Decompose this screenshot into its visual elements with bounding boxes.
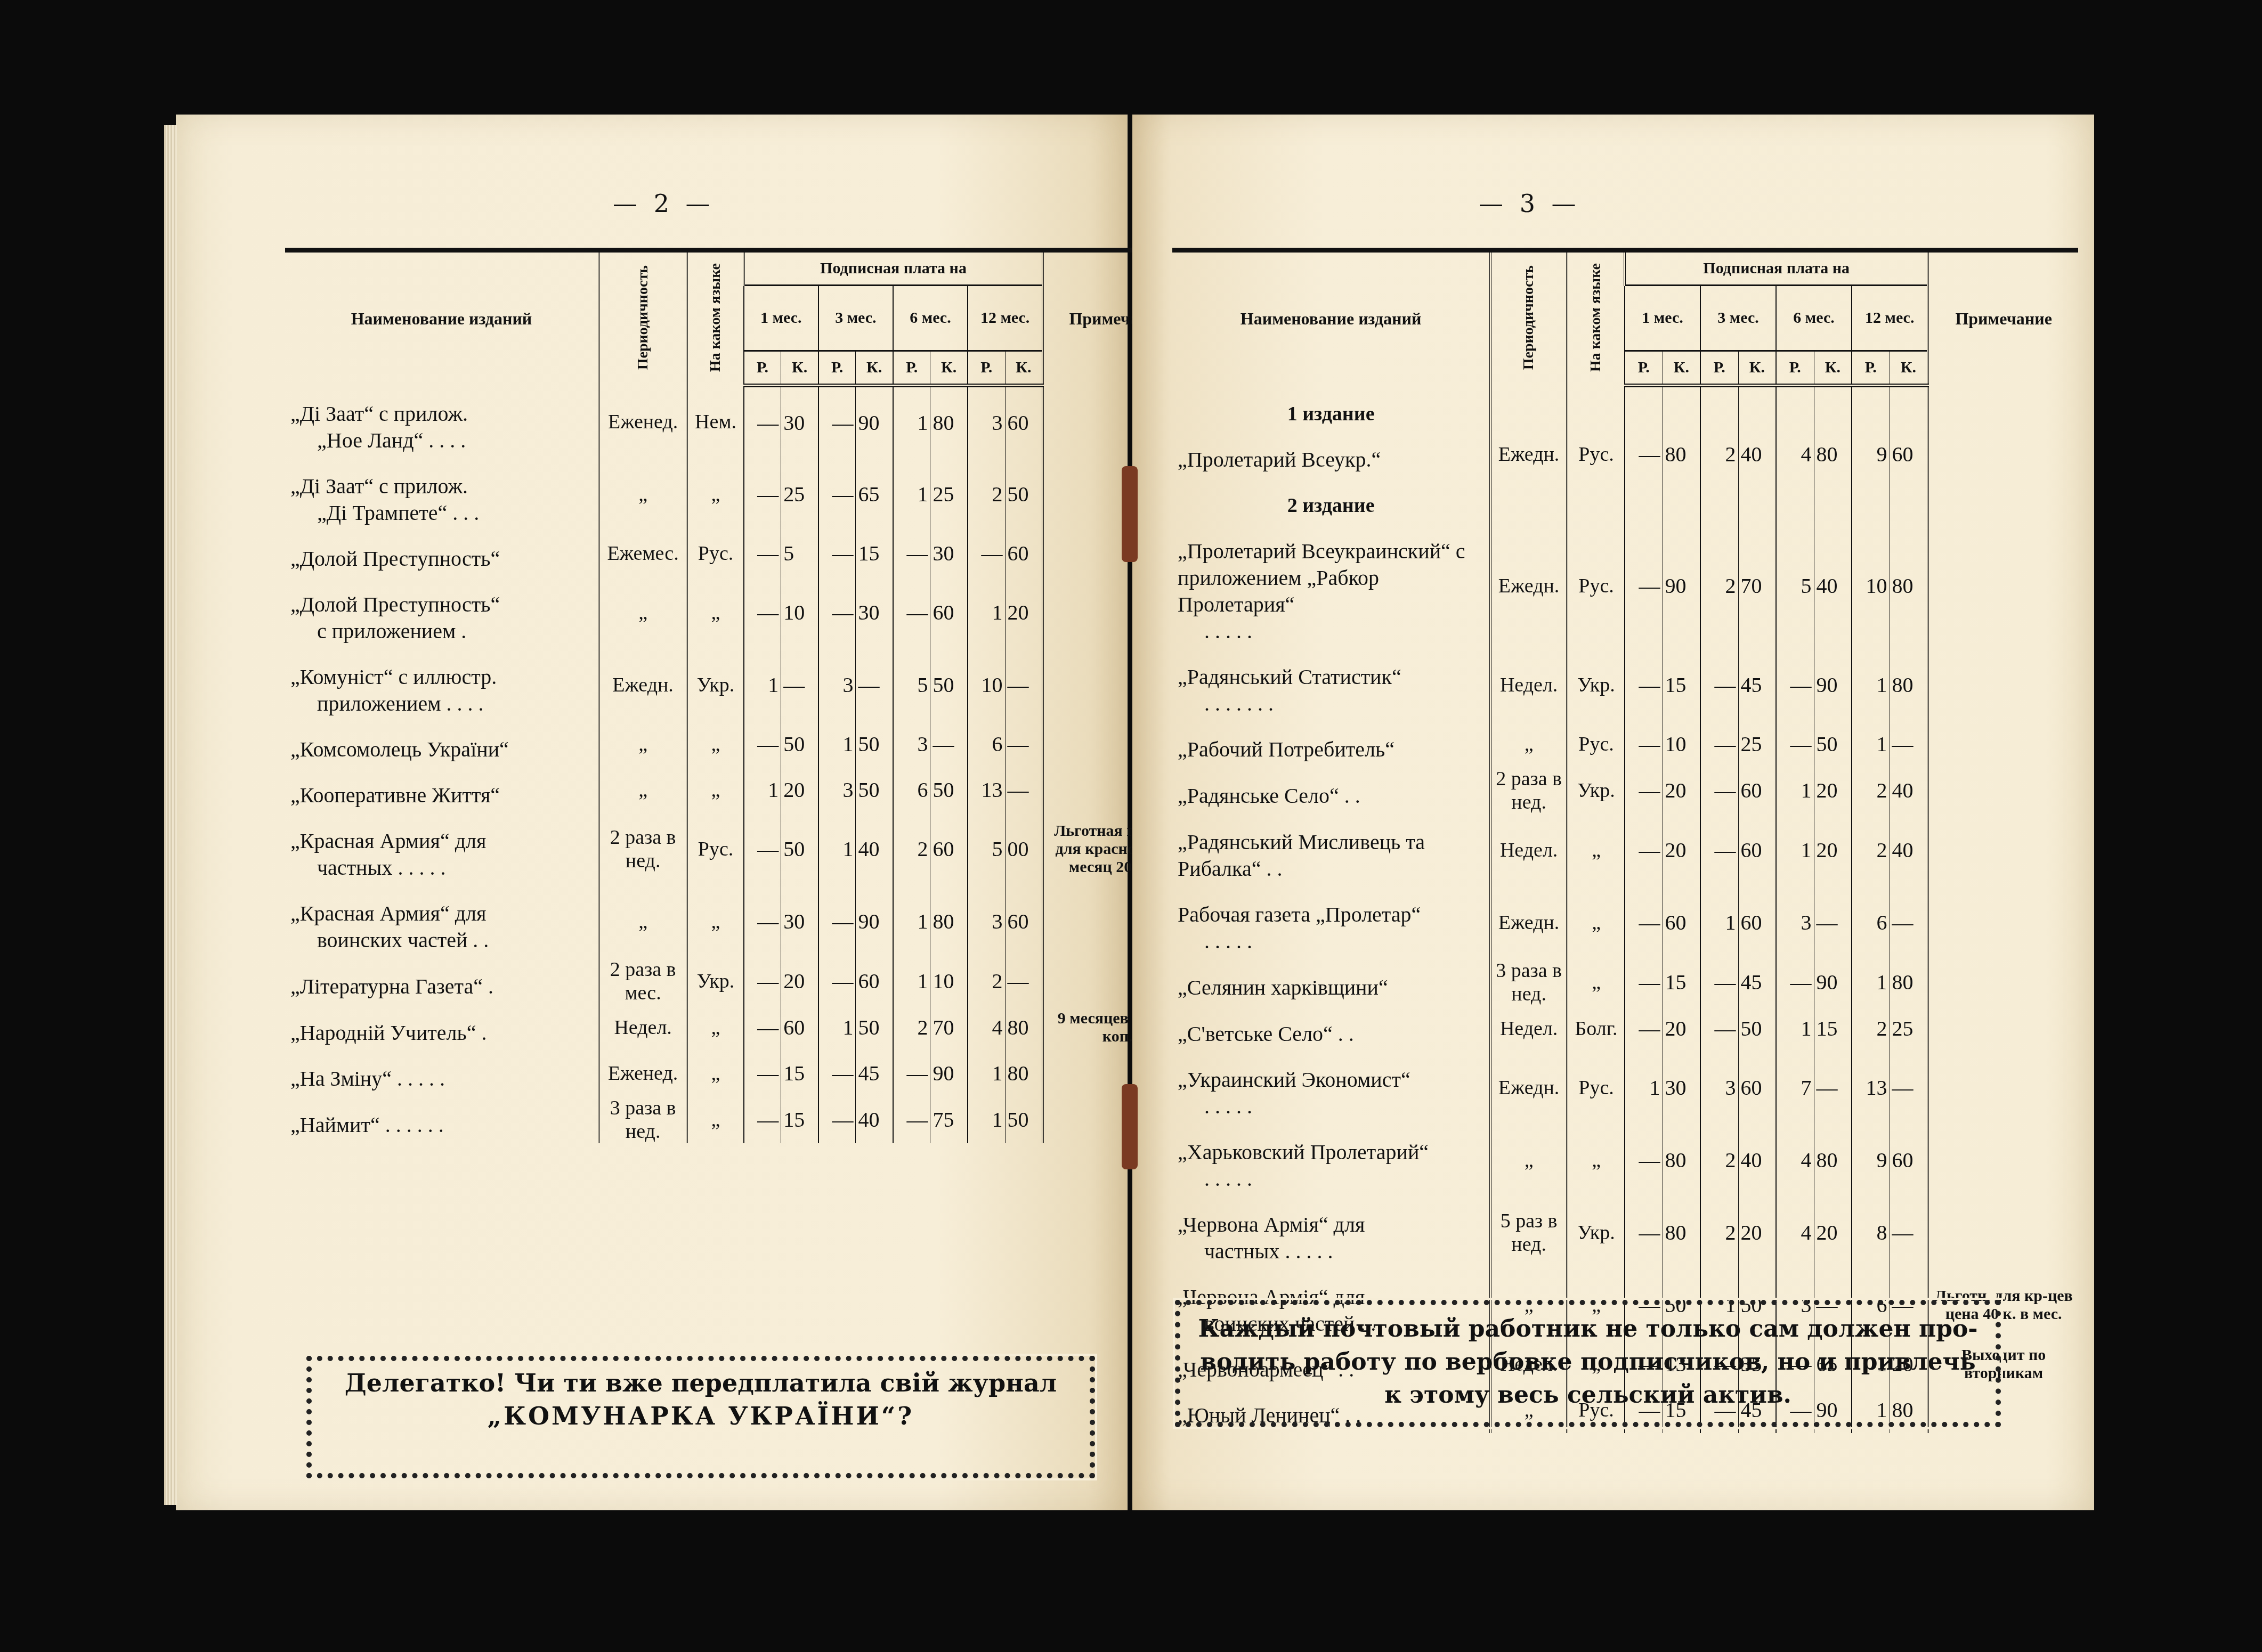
price-kop-cell: 60	[930, 576, 968, 649]
language-cell: „	[687, 458, 744, 531]
price-rub-cell: —	[818, 458, 856, 531]
price-kop-cell: 80	[1814, 1124, 1852, 1197]
periodicity-cell: 2 раза в нед.	[1490, 767, 1567, 814]
price-rub-cell: 5	[1776, 523, 1814, 649]
publication-name: „Пролетарий Всеукр.“	[1172, 432, 1490, 477]
price-kop-cell: 90	[1814, 649, 1852, 721]
header-rub: Р.	[744, 351, 781, 386]
publication-name: Рабочая газета „Пролетар“. . . . .	[1172, 886, 1490, 959]
header-period-6: 6 мес.	[893, 286, 968, 351]
price-kop-cell: 50	[781, 721, 818, 767]
price-kop-cell: 15	[1663, 649, 1700, 721]
price-kop-cell: —	[1005, 649, 1043, 721]
periodicity-cell: Ежедн.	[1490, 432, 1567, 477]
price-kop-cell: 45	[856, 1051, 893, 1096]
price-rub-cell: 2	[1700, 523, 1738, 649]
language-cell: Укр.	[687, 958, 744, 1005]
publication-name: „Харьковский Пролетарий“. . . . .	[1172, 1124, 1490, 1197]
price-kop-cell: —	[1005, 958, 1043, 1005]
price-rub-cell: 1	[818, 813, 856, 885]
price-rub-cell: 2	[1852, 814, 1890, 886]
publication-name: „Пролетарий Всеукраинский“ с приложением…	[1172, 523, 1490, 649]
note-cell	[1928, 1052, 2078, 1124]
price-kop-cell: 80	[1890, 523, 1928, 649]
publication-name: „Рабочий Потребитель“	[1172, 721, 1490, 767]
price-kop-cell: —	[1890, 886, 1928, 959]
price-rub-cell: —	[744, 386, 781, 458]
price-rub-cell: 1	[1852, 721, 1890, 767]
price-rub-cell: —	[1700, 1006, 1738, 1052]
price-kop-cell: —	[930, 721, 968, 767]
price-rub-cell: —	[1700, 767, 1738, 814]
price-rub-cell: —	[1776, 959, 1814, 1006]
price-kop-cell: 60	[1663, 886, 1700, 959]
price-kop-cell: 20	[781, 958, 818, 1005]
price-rub-cell: —	[1625, 721, 1663, 767]
price-rub-cell: 1	[893, 458, 930, 531]
price-rub-cell: 4	[1776, 432, 1814, 477]
table-row: „Радянський Статистик“. . . . . . .Недел…	[1172, 649, 2078, 721]
price-kop-cell: 10	[781, 576, 818, 649]
price-kop-cell: 40	[1738, 1124, 1776, 1197]
table-row: „Украинский Экономист“. . . . .Ежедн.Рус…	[1172, 1052, 2078, 1124]
price-rub-cell: —	[893, 1051, 930, 1096]
table-row: „Харьковский Пролетарий“. . . . .„„—8024…	[1172, 1124, 2078, 1197]
section-label: 2 издание	[1172, 477, 1490, 523]
price-rub-cell: —	[818, 958, 856, 1005]
price-kop-cell: 10	[1663, 721, 1700, 767]
price-kop-cell: 65	[856, 458, 893, 531]
header-kop: К.	[1005, 351, 1043, 386]
price-kop-cell: 60	[781, 1005, 818, 1051]
price-rub-cell: 1	[893, 386, 930, 458]
header-kop: К.	[1663, 351, 1700, 386]
price-rub-cell: 4	[968, 1005, 1005, 1051]
price-rub-cell: 1	[1700, 886, 1738, 959]
table-row: „Наймит“ . . . . . .3 раза в нед.„—15—40…	[285, 1096, 1191, 1143]
price-kop-cell: 20	[1663, 814, 1700, 886]
booklet-spread: — 2 — Наименование изданий Периодичность…	[176, 115, 2094, 1521]
periodicity-cell: 3 раза в нед.	[599, 1096, 687, 1143]
price-kop-cell: 50	[1005, 1096, 1043, 1143]
publication-name: „Комуніст“ с иллюстр.приложением . . . .	[285, 649, 599, 721]
periodicity-cell: 2 раза в нед.	[599, 813, 687, 885]
price-kop-cell: 30	[1663, 1052, 1700, 1124]
price-kop-cell: 20	[1814, 767, 1852, 814]
header-name: Наименование изданий	[285, 250, 599, 386]
price-kop-cell: —	[1814, 1052, 1852, 1124]
price-kop-cell: 20	[1005, 576, 1043, 649]
binding-mark	[1122, 1084, 1138, 1169]
price-rub-cell: —	[893, 1096, 930, 1143]
price-rub-cell: 3	[818, 767, 856, 813]
price-rub-cell: 2	[893, 1005, 930, 1051]
price-kop-cell: 75	[930, 1096, 968, 1143]
publication-name: „С'ветське Село“ . .	[1172, 1006, 1490, 1052]
header-rub: Р.	[893, 351, 930, 386]
price-kop-cell: —	[1814, 886, 1852, 959]
table-row: „Долой Преступность“с приложением .„„—10…	[285, 576, 1191, 649]
price-rub-cell: 1	[1625, 1052, 1663, 1124]
price-kop-cell: 20	[781, 767, 818, 813]
publication-name: „Радянський Мисливець та Рибалка“ . .	[1172, 814, 1490, 886]
table-body: „Ді Заат“ с прилож.„Ное Ланд“ . . . .Еже…	[285, 386, 1191, 1143]
price-rub-cell: 3	[893, 721, 930, 767]
periodicity-cell: „	[599, 767, 687, 813]
price-rub-cell: —	[818, 531, 856, 576]
table-row: „Кооперативне Життя“„„12035065013—	[285, 767, 1191, 813]
price-kop-cell: 15	[856, 531, 893, 576]
price-rub-cell: 1	[968, 576, 1005, 649]
header-name: Наименование изданий	[1172, 250, 1490, 386]
note-cell	[1928, 432, 2078, 477]
price-rub-cell: 2	[893, 813, 930, 885]
language-cell: „	[1567, 959, 1625, 1006]
section-row: 1 издание	[1172, 386, 2078, 432]
price-kop-cell: 45	[1738, 649, 1776, 721]
binding-mark	[1122, 466, 1138, 562]
price-kop-cell: 60	[1738, 767, 1776, 814]
price-rub-cell: —	[744, 958, 781, 1005]
periodicity-cell: Еженед.	[599, 1051, 687, 1096]
price-rub-cell: —	[1625, 649, 1663, 721]
price-kop-cell: 5	[781, 531, 818, 576]
price-kop-cell: —	[781, 649, 818, 721]
price-rub-cell: —	[744, 531, 781, 576]
note-cell	[1928, 523, 2078, 649]
header-rub: Р.	[818, 351, 856, 386]
periodicity-cell: Недел.	[599, 1005, 687, 1051]
periodicity-cell: Недел.	[1490, 649, 1567, 721]
periodicity-cell: 3 раза в нед.	[1490, 959, 1567, 1006]
price-rub-cell: —	[1625, 1197, 1663, 1269]
price-kop-cell: 90	[856, 386, 893, 458]
header-period-12: 12 мес.	[1852, 286, 1928, 351]
price-rub-cell: —	[1700, 721, 1738, 767]
price-kop-cell: 90	[1663, 523, 1700, 649]
periodicity-cell: „	[1490, 1124, 1567, 1197]
price-kop-cell: 30	[781, 885, 818, 958]
header-language: На каком языке	[687, 250, 744, 386]
price-rub-cell: 1	[893, 885, 930, 958]
note-cell	[1928, 1124, 2078, 1197]
price-kop-cell: 50	[930, 649, 968, 721]
price-rub-cell: 1	[1852, 649, 1890, 721]
price-kop-cell: 20	[1663, 1006, 1700, 1052]
price-kop-cell: 70	[1738, 523, 1776, 649]
price-rub-cell: 1	[1776, 767, 1814, 814]
header-note: Примечание	[1928, 250, 2078, 386]
price-kop-cell: 60	[1738, 814, 1776, 886]
price-kop-cell: 80	[1663, 1197, 1700, 1269]
table-row: „С'ветське Село“ . .Недел.Болг.—20—50115…	[1172, 1006, 2078, 1052]
language-cell: Рус.	[1567, 1052, 1625, 1124]
publication-name: „Народній Учитель“ .	[285, 1005, 599, 1051]
price-rub-cell: —	[744, 885, 781, 958]
price-rub-cell: 3	[968, 885, 1005, 958]
page-stack-edge	[164, 125, 177, 1505]
price-kop-cell: 60	[1738, 1052, 1776, 1124]
promo-banner: Каждый почтовый работник не только сам д…	[1175, 1300, 2001, 1427]
price-rub-cell: 2	[968, 458, 1005, 531]
price-rub-cell: —	[744, 1096, 781, 1143]
language-cell: „	[687, 767, 744, 813]
header-kop: К.	[856, 351, 893, 386]
table-row: „Долой Преступность“Ежемес.Рус.—5—15—30—…	[285, 531, 1191, 576]
language-cell: „	[687, 576, 744, 649]
price-kop-cell: 60	[930, 813, 968, 885]
price-kop-cell: 25	[930, 458, 968, 531]
note-cell	[1928, 886, 2078, 959]
price-rub-cell: 8	[1852, 1197, 1890, 1269]
price-rub-cell: —	[893, 531, 930, 576]
table-row: „Ді Заат“ с прилож.„Ное Ланд“ . . . .Еже…	[285, 386, 1191, 458]
price-rub-cell: —	[1625, 959, 1663, 1006]
price-rub-cell: 3	[968, 386, 1005, 458]
price-kop-cell: 60	[1005, 386, 1043, 458]
publication-name: „Червона Армія“ длячастных . . . . .	[1172, 1197, 1490, 1269]
price-kop-cell: 30	[856, 576, 893, 649]
price-rub-cell: 9	[1852, 1124, 1890, 1197]
header-period-3: 3 мес.	[818, 286, 893, 351]
publication-name: „Красная Армия“ длявоинских частей . .	[285, 885, 599, 958]
price-rub-cell: —	[744, 721, 781, 767]
header-period-12: 12 мес.	[968, 286, 1043, 351]
price-rub-cell: —	[893, 576, 930, 649]
price-kop-cell: 80	[930, 386, 968, 458]
language-cell: „	[687, 1096, 744, 1143]
publication-name: „Украинский Экономист“. . . . .	[1172, 1052, 1490, 1124]
price-kop-cell: 40	[856, 813, 893, 885]
language-cell: Рус.	[1567, 523, 1625, 649]
header-fee-group: Подписная плата на	[1625, 250, 1928, 286]
language-cell: „	[1567, 814, 1625, 886]
publication-name: „Радянський Статистик“. . . . . . .	[1172, 649, 1490, 721]
price-kop-cell: —	[856, 649, 893, 721]
price-kop-cell: 60	[856, 958, 893, 1005]
header-rub: Р.	[1700, 351, 1738, 386]
page-number: — 2 —	[613, 189, 715, 218]
price-kop-cell: 30	[781, 386, 818, 458]
price-kop-cell: 60	[1890, 432, 1928, 477]
price-kop-cell: —	[1005, 721, 1043, 767]
table-row: „Народній Учитель“ .Недел.„—601502704809…	[285, 1005, 1191, 1051]
price-kop-cell: 25	[1738, 721, 1776, 767]
price-rub-cell: 1	[818, 721, 856, 767]
price-kop-cell: 15	[1663, 959, 1700, 1006]
price-kop-cell: 40	[1814, 523, 1852, 649]
price-kop-cell: 80	[1005, 1005, 1043, 1051]
periodicity-cell: 5 раз в нед.	[1490, 1197, 1567, 1269]
price-kop-cell: —	[1890, 721, 1928, 767]
periodicity-cell: Ежедн.	[1490, 1052, 1567, 1124]
price-kop-cell: 50	[856, 767, 893, 813]
price-rub-cell: —	[1625, 814, 1663, 886]
table-row: Рабочая газета „Пролетар“. . . . .Ежедн.…	[1172, 886, 2078, 959]
language-cell: Рус.	[1567, 721, 1625, 767]
periodicity-cell: 2 раза в мес.	[599, 958, 687, 1005]
periodicity-cell: „	[599, 885, 687, 958]
price-kop-cell: 60	[1738, 886, 1776, 959]
price-kop-cell: 80	[1663, 432, 1700, 477]
price-rub-cell: —	[744, 576, 781, 649]
price-kop-cell: 50	[856, 721, 893, 767]
price-rub-cell: 1	[1776, 1006, 1814, 1052]
price-rub-cell: 1	[968, 1051, 1005, 1096]
price-kop-cell: 15	[1814, 1006, 1852, 1052]
subscription-table: Наименование изданий Периодичность На ка…	[285, 248, 1191, 1143]
header-kop: К.	[1814, 351, 1852, 386]
price-rub-cell: 1	[744, 767, 781, 813]
price-rub-cell: —	[1625, 1124, 1663, 1197]
note-cell	[1928, 767, 2078, 814]
header-periodicity: Периодичность	[1490, 250, 1567, 386]
table-row: „Комсомолець України“„„—501503—6—	[285, 721, 1191, 767]
subscription-table: Наименование изданий Периодичность На ка…	[1172, 248, 2078, 1433]
price-rub-cell: —	[1625, 523, 1663, 649]
language-cell: „	[687, 721, 744, 767]
periodicity-cell: „	[599, 721, 687, 767]
table-row: „Комуніст“ с иллюстр.приложением . . . .…	[285, 649, 1191, 721]
price-kop-cell: 20	[1814, 814, 1852, 886]
price-rub-cell: 3	[1776, 886, 1814, 959]
table-row: „Літературна Газета“ .2 раза в мес.Укр.—…	[285, 958, 1191, 1005]
language-cell: Укр.	[687, 649, 744, 721]
publication-name: „Літературна Газета“ .	[285, 958, 599, 1005]
language-cell: Укр.	[1567, 1197, 1625, 1269]
price-rub-cell: —	[818, 1051, 856, 1096]
price-rub-cell: 2	[1700, 1124, 1738, 1197]
periodicity-cell: „	[599, 576, 687, 649]
price-rub-cell: 7	[1776, 1052, 1814, 1124]
language-cell: Рус.	[687, 531, 744, 576]
price-kop-cell: 20	[1738, 1197, 1776, 1269]
table-row: „Радянський Мисливець та Рибалка“ . .Нед…	[1172, 814, 2078, 886]
price-rub-cell: —	[1625, 432, 1663, 477]
price-kop-cell: —	[1005, 767, 1043, 813]
price-kop-cell: 80	[1890, 959, 1928, 1006]
publication-name: „На Зміну“ . . . . .	[285, 1051, 599, 1096]
language-cell: Нем.	[687, 386, 744, 458]
publication-name: „Ді Заат“ с прилож.„Ді Трампете“ . . .	[285, 458, 599, 531]
language-cell: „	[1567, 886, 1625, 959]
price-rub-cell: 1	[1776, 814, 1814, 886]
publication-name: „Долой Преступность“	[285, 531, 599, 576]
price-kop-cell: 90	[856, 885, 893, 958]
price-kop-cell: 20	[1663, 767, 1700, 814]
header-kop: К.	[1890, 351, 1928, 386]
periodicity-cell: Ежедн.	[599, 649, 687, 721]
price-rub-cell: 1	[968, 1096, 1005, 1143]
price-kop-cell: 80	[1890, 649, 1928, 721]
price-rub-cell: 6	[893, 767, 930, 813]
header-rub: Р.	[1776, 351, 1814, 386]
table-row: „Пролетарий Всеукраинский“ с приложением…	[1172, 523, 2078, 649]
price-kop-cell: 60	[1890, 1124, 1928, 1197]
price-kop-cell: 40	[1890, 814, 1928, 886]
page-number: — 3 —	[1479, 189, 1580, 218]
price-rub-cell: 3	[818, 649, 856, 721]
header-period-6: 6 мес.	[1776, 286, 1852, 351]
price-rub-cell: 5	[893, 649, 930, 721]
price-kop-cell: 15	[781, 1096, 818, 1143]
price-rub-cell: 6	[1852, 886, 1890, 959]
header-period-3: 3 мес.	[1700, 286, 1776, 351]
price-kop-cell: 40	[1738, 432, 1776, 477]
price-kop-cell: 50	[1005, 458, 1043, 531]
language-cell: „	[687, 885, 744, 958]
price-kop-cell: 60	[1005, 885, 1043, 958]
publication-name: „Комсомолець України“	[285, 721, 599, 767]
price-rub-cell: 5	[968, 813, 1005, 885]
price-kop-cell: 25	[1890, 1006, 1928, 1052]
price-rub-cell: —	[818, 386, 856, 458]
price-rub-cell: 2	[1852, 767, 1890, 814]
table-row: „Ді Заат“ с прилож.„Ді Трампете“ . . .„„…	[285, 458, 1191, 531]
price-rub-cell: 9	[1852, 432, 1890, 477]
price-kop-cell: 40	[1890, 767, 1928, 814]
language-cell: Укр.	[1567, 767, 1625, 814]
price-kop-cell: 50	[1738, 1006, 1776, 1052]
table-row: „Пролетарий Всеукр.“Ежедн.Рус.—802404809…	[1172, 432, 2078, 477]
language-cell: „	[687, 1005, 744, 1051]
price-rub-cell: —	[1776, 721, 1814, 767]
price-rub-cell: 2	[1852, 1006, 1890, 1052]
language-cell: Болг.	[1567, 1006, 1625, 1052]
price-rub-cell: 1	[818, 1005, 856, 1051]
periodicity-cell: Недел.	[1490, 814, 1567, 886]
price-kop-cell: 90	[1814, 959, 1852, 1006]
header-kop: К.	[781, 351, 818, 386]
publication-name: „Радянське Село“ . .	[1172, 767, 1490, 814]
price-kop-cell: 30	[930, 531, 968, 576]
table-row: „Красная Армия“ длячастных . . . . .2 ра…	[285, 813, 1191, 885]
price-kop-cell: 50	[856, 1005, 893, 1051]
price-kop-cell: —	[1890, 1197, 1928, 1269]
price-rub-cell: —	[1776, 649, 1814, 721]
header-fee-group: Подписная плата на	[744, 250, 1043, 286]
periodicity-cell: Ежедн.	[1490, 886, 1567, 959]
price-kop-cell: 50	[930, 767, 968, 813]
price-rub-cell: 4	[1776, 1197, 1814, 1269]
note-cell	[1928, 649, 2078, 721]
price-rub-cell: —	[1700, 649, 1738, 721]
price-rub-cell: —	[818, 885, 856, 958]
periodicity-cell: Недел.	[1490, 1006, 1567, 1052]
section-label: 1 издание	[1172, 386, 1490, 432]
price-rub-cell: 1	[1852, 959, 1890, 1006]
price-rub-cell: —	[744, 1051, 781, 1096]
price-kop-cell: 80	[930, 885, 968, 958]
price-rub-cell: 10	[968, 649, 1005, 721]
periodicity-cell: „	[1490, 721, 1567, 767]
price-kop-cell: 40	[856, 1096, 893, 1143]
periodicity-cell: Ежемес.	[599, 531, 687, 576]
table-row: „Червона Армія“ длячастных . . . . .5 ра…	[1172, 1197, 2078, 1269]
price-kop-cell: 80	[1005, 1051, 1043, 1096]
price-kop-cell: 50	[781, 813, 818, 885]
price-rub-cell: 13	[968, 767, 1005, 813]
price-rub-cell: —	[1700, 959, 1738, 1006]
left-page: — 2 — Наименование изданий Периодичность…	[176, 115, 1128, 1510]
table-row: „Селянин харківщини“3 раза в нед.„—15—45…	[1172, 959, 2078, 1006]
header-period-1: 1 мес.	[744, 286, 818, 351]
header-periodicity: Периодичность	[599, 250, 687, 386]
price-rub-cell: 2	[1700, 1197, 1738, 1269]
note-cell	[1928, 814, 2078, 886]
header-rub: Р.	[1625, 351, 1663, 386]
price-rub-cell: —	[1700, 814, 1738, 886]
